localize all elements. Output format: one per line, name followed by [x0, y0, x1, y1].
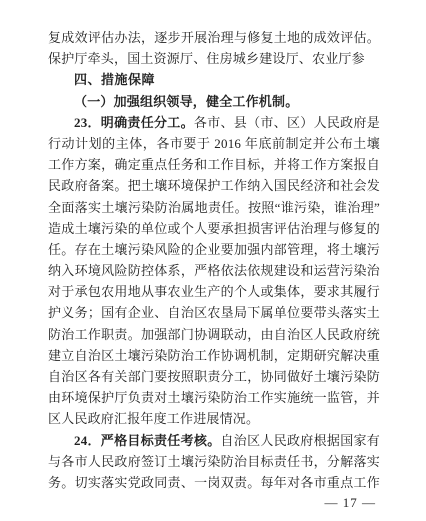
text-run: 23．明确责任分工。: [74, 115, 194, 130]
text-run: 任。存在土壤污染风险的企业要加强内部管理，将土壤污染防治: [48, 242, 380, 260]
page-number: — 17 —: [325, 494, 377, 512]
text-run: 保护厅牵头，国土资源厅、住房城乡建设厅、农业厅参与）: [48, 51, 365, 69]
text-line: 纳入环境风险防控体系，严格依法依规建设和运营污染治理设施；: [48, 260, 380, 281]
text-run: 造成土壤污染的单位或个人要承担损害评估治理与修复的主体责: [48, 221, 380, 239]
text-line: 23．明确责任分工。各市、县（市、区）人民政府是实施本: [48, 112, 380, 133]
text-line: 建立自治区土壤污染防治工作协调机制，定期研究解决重大问题。: [48, 345, 380, 366]
text-line: 工作方案，确定重点任务和工作目标，并将工作方案报自治区人: [48, 154, 380, 175]
text-run: 行动计划的主体，各市要于 2016 年底前制定并公布土壤污染防治: [48, 136, 380, 154]
text-line: 四、措施保障: [48, 69, 380, 90]
text-line: 务。切实落实党政同责、一岗双责。每年对各市重点工作进展情: [48, 472, 380, 493]
text-run: 与各市人民政府签订土壤污染防治目标责任书，分解落实目标任: [48, 454, 380, 472]
text-run: 对于承包农用地从事农业生产的个人或集体，要求其履行土壤保: [48, 284, 380, 302]
text-line: 造成土壤污染的单位或个人要承担损害评估治理与修复的主体责: [48, 218, 380, 239]
text-block: 复成效评估办法，逐步开展治理与修复土地的成效评估。（环境保护厅牵头，国土资源厅、…: [48, 27, 380, 493]
text-run: （一）加强组织领导，健全工作机制。: [74, 94, 298, 109]
text-line: 与各市人民政府签订土壤污染防治目标责任书，分解落实目标任: [48, 451, 380, 472]
text-run: 四、措施保障: [74, 72, 155, 87]
text-line: （一）加强组织领导，健全工作机制。: [48, 91, 380, 112]
text-line: 保护厅牵头，国土资源厅、住房城乡建设厅、农业厅参与）: [48, 48, 380, 69]
text-line: 行动计划的主体，各市要于 2016 年底前制定并公布土壤污染防治: [48, 133, 380, 154]
text-run: 纳入环境风险防控体系，严格依法依规建设和运营污染治理设施；: [48, 263, 380, 281]
text-line: 任。存在土壤污染风险的企业要加强内部管理，将土壤污染防治: [48, 239, 380, 260]
document-page: 复成效评估办法，逐步开展治理与修复土地的成效评估。（环境保护厅牵头，国土资源厅、…: [0, 0, 426, 521]
text-run: 24．严格目标责任考核。: [74, 433, 221, 448]
text-run: 护义务；国有企业、自治区农垦局下属单位要带头落实土壤污染: [48, 305, 380, 323]
text-run: 工作方案，确定重点任务和工作目标，并将工作方案报自治区人: [48, 157, 380, 175]
text-run: 防治工作职责。加强部门协调联动，由自治区人民政府统一领导，: [48, 327, 380, 345]
text-line: 对于承包农用地从事农业生产的个人或集体，要求其履行土壤保: [48, 281, 380, 302]
text-run: 复成效评估办法，逐步开展治理与修复土地的成效评估。（环境: [48, 30, 380, 48]
text-line: 防治工作职责。加强部门协调联动，由自治区人民政府统一领导，: [48, 324, 380, 345]
text-run: 全面落实土壤污染防治属地责任。按照“谁污染，谁治理”原则，: [48, 200, 380, 218]
text-run: 民政府备案。把土壤环境保护工作纳入国民经济和社会发展规划，: [48, 178, 380, 196]
text-run: 自治区各有关部门要按照职责分工，协同做好土壤污染防治工作。: [48, 369, 380, 387]
text-line: 全面落实土壤污染防治属地责任。按照“谁污染，谁治理”原则，: [48, 197, 380, 218]
text-line: 由环境保护厅负责对土壤污染防治工作实施统一监管，并向自治: [48, 387, 380, 408]
text-line: 24．严格目标责任考核。自治区人民政府根据国家有关要求: [48, 430, 380, 451]
text-run: 务。切实落实党政同责、一岗双责。每年对各市重点工作进展情: [48, 475, 380, 493]
text-run: 建立自治区土壤污染防治工作协调机制，定期研究解决重大问题。: [48, 348, 380, 366]
text-run: 区人民政府汇报年度工作进展情况。: [48, 411, 259, 426]
text-line: 民政府备案。把土壤环境保护工作纳入国民经济和社会发展规划，: [48, 175, 380, 196]
text-line: 护义务；国有企业、自治区农垦局下属单位要带头落实土壤污染: [48, 302, 380, 323]
text-line: 复成效评估办法，逐步开展治理与修复土地的成效评估。（环境: [48, 27, 380, 48]
text-line: 区人民政府汇报年度工作进展情况。: [48, 408, 380, 429]
text-run: 由环境保护厅负责对土壤污染防治工作实施统一监管，并向自治: [48, 390, 380, 408]
text-line: 自治区各有关部门要按照职责分工，协同做好土壤污染防治工作。: [48, 366, 380, 387]
